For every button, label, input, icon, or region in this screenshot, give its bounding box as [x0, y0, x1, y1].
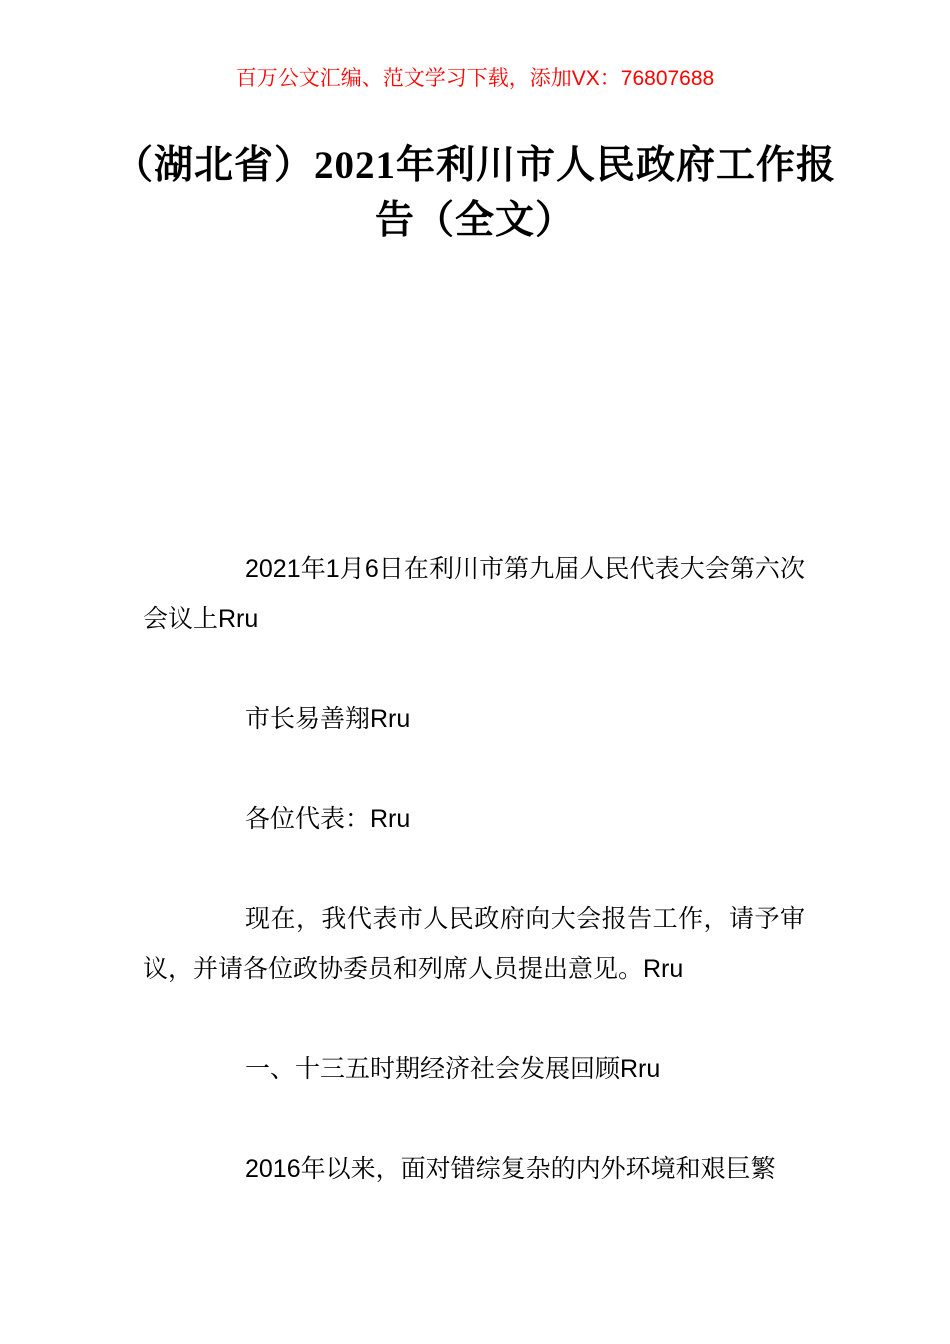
document-title: （湖北省）2021年利川市人民政府工作报告（全文）: [110, 138, 840, 248]
paragraph-salutation: 各位代表：Rru: [143, 794, 805, 844]
paragraph-review-opening: 2016年以来，面对错综复杂的内外环境和艰巨繁: [143, 1144, 805, 1194]
promo-banner-text: 百万公文汇编、范文学习下载，添加VX：76807688: [0, 0, 950, 92]
document-page: 百万公文汇编、范文学习下载，添加VX：76807688 （湖北省）2021年利川…: [0, 0, 950, 1344]
paragraph-mayor-name: 市长易善翔Rru: [143, 694, 805, 744]
document-body: 2021年1月6日在利川市第九届人民代表大会第六次会议上Rru 市长易善翔Rru…: [143, 544, 805, 1194]
paragraph-session-line: 2021年1月6日在利川市第九届人民代表大会第六次会议上Rru: [143, 544, 805, 644]
paragraph-section-heading: 一、十三五时期经济社会发展回顾Rru: [143, 1044, 805, 1094]
paragraph-report-intro: 现在，我代表市人民政府向大会报告工作，请予审议，并请各位政协委员和列席人员提出意…: [143, 894, 805, 994]
